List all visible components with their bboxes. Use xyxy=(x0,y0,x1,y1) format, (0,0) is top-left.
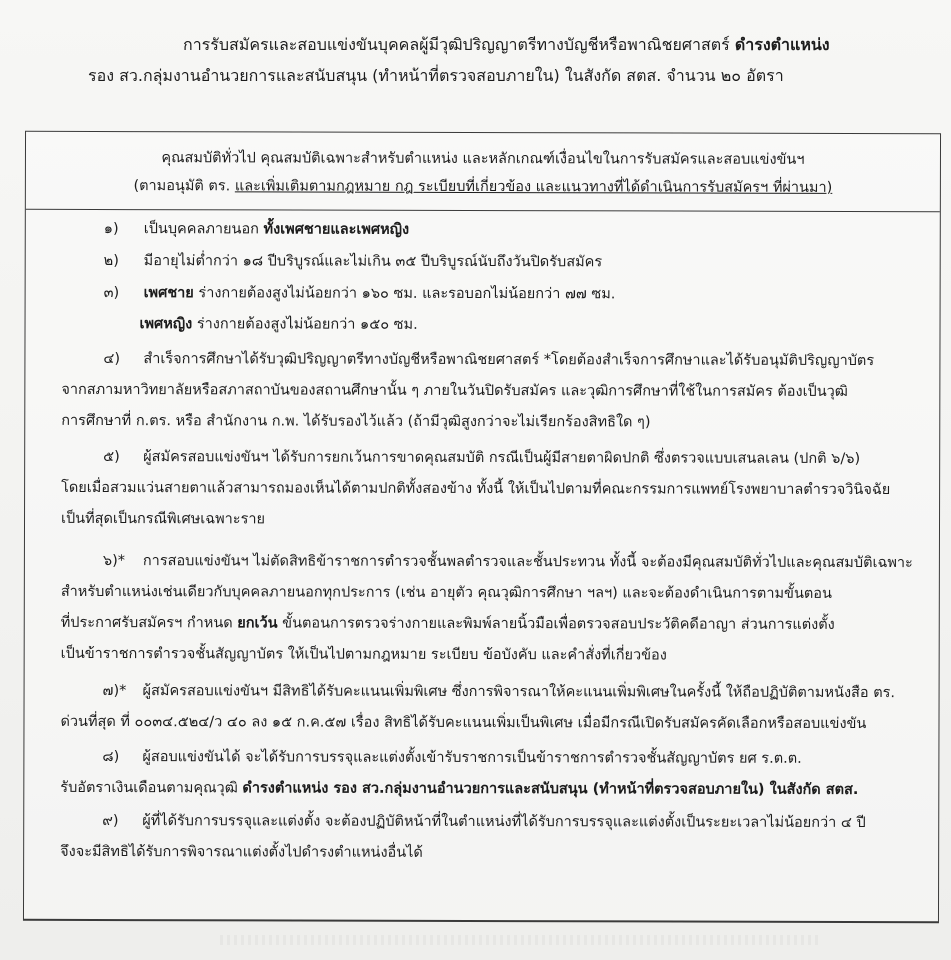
list-item-4: ๔)สำเร็จการศึกษาได้รับวุฒิปริญญาตรีทางบั… xyxy=(61,344,931,439)
list-item-line: ๕)ผู้สมัครสอบแข่งขันฯ ได้รับการยกเว้นการ… xyxy=(61,442,931,475)
list-item-line: เพศหญิง ร่างกายต้องสูงไม่น้อยกว่า ๑๕๐ ซม… xyxy=(61,309,931,342)
list-item-line: ๗)*ผู้สมัครสอบแข่งขันฯ มีสิทธิได้รับคะแน… xyxy=(61,676,931,709)
list-item-line: ๑)เป็นบุคคลภายนอก ทั้งเพศชายและเพศหญิง xyxy=(62,214,932,247)
box-header-line-1: คุณสมบัติทั่วไป คุณสมบัติเฉพาะสำหรับตำแห… xyxy=(26,144,940,174)
list-item-line: ที่ประกาศรับสมัครฯ กำหนด ยกเว้น ขั้นตอนก… xyxy=(61,608,931,641)
item-number: ๑) xyxy=(104,214,144,245)
item-text: ที่ประกาศรับสมัครฯ กำหนด xyxy=(61,615,238,631)
list-item-line: เป็นข้าราชการตำรวจชั้นสัญญาบัตร ให้เป็นไ… xyxy=(61,639,931,672)
item-number: ๔) xyxy=(103,344,143,375)
item-text-bold: ดำรงตำแหน่ง รอง สว.กลุ่มงานอำนวยการและสน… xyxy=(242,780,858,798)
qualifications-list: ๑)เป็นบุคคลภายนอก ทั้งเพศชายและเพศหญิง ๒… xyxy=(62,214,932,216)
list-item-2: ๒)มีอายุไม่ต่ำกว่า ๑๘ ปีบริบูรณ์และไม่เก… xyxy=(62,246,932,279)
list-item-5: ๕)ผู้สมัครสอบแข่งขันฯ ได้รับการยกเว้นการ… xyxy=(61,442,931,537)
bleed-through-text xyxy=(220,935,820,945)
list-item-6: ๖)*การสอบแข่งขันฯ ไม่ตัดสิทธิข้าราชการตำ… xyxy=(61,546,931,672)
list-item-line: ๔)สำเร็จการศึกษาได้รับวุฒิปริญญาตรีทางบั… xyxy=(61,344,931,377)
list-item-line: จึงจะมีสิทธิได้รับการพิจารณาแต่งตั้งไปดำ… xyxy=(60,837,930,870)
list-item-line: รับอัตราเงินเดือนตามคุณวุฒิ ดำรงตำแหน่ง … xyxy=(60,773,930,806)
list-item-8: ๘)ผู้สอบแข่งขันได้ จะได้รับการบรรจุและแต… xyxy=(60,742,930,806)
item-text: ร่างกายต้องสูงไม่น้อยกว่า ๑๕๐ ซม. xyxy=(192,316,418,333)
item-text: สำเร็จการศึกษาได้รับวุฒิปริญญาตรีทางบัญช… xyxy=(143,351,543,368)
item-text-bold: ทั้งเพศชายและเพศหญิง xyxy=(264,221,410,237)
item-number: ๒) xyxy=(104,246,144,277)
list-item-line: การศึกษาที่ ก.ตร. หรือ สำนักงาน ก.พ. ได้… xyxy=(61,406,931,439)
item-number: ๙) xyxy=(102,806,142,837)
list-item-line: ด่วนที่สุด ที่ ๐๐๓๔.๕๒๔/ว ๔๐ ลง ๑๕ ก.ค.๕… xyxy=(60,707,930,740)
heading-line-1: การรับสมัครและสอบแข่งขันบุคคลผู้มีวุฒิปร… xyxy=(183,30,830,60)
item-text: ผู้สมัครสอบแข่งขันฯ มีสิทธิได้รับคะแนนเพ… xyxy=(143,683,896,701)
item-text: ผู้ที่ได้รับการบรรจุและแต่งตั้ง จะต้องปฏ… xyxy=(142,813,866,831)
item-text-bold: ยกเว้น xyxy=(237,615,277,631)
list-item-line: ๘)ผู้สอบแข่งขันได้ จะได้รับการบรรจุและแต… xyxy=(60,742,930,775)
list-item-line: ๓)เพศชาย ร่างกายต้องสูงไม่น้อยกว่า ๑๖๐ ซ… xyxy=(62,278,932,311)
list-item-line: สำหรับตำแหน่งเช่นเดียวกับบุคคลภายนอกทุกป… xyxy=(61,577,931,610)
item-text: เป็นบุคคลภายนอก xyxy=(144,221,264,237)
qualifications-box: คุณสมบัติทั่วไป คุณสมบัติเฉพาะสำหรับตำแห… xyxy=(23,131,941,923)
list-item-7: ๗)*ผู้สมัครสอบแข่งขันฯ มีสิทธิได้รับคะแน… xyxy=(60,676,930,740)
heading-line-2: รอง สว.กลุ่มงานอำนวยการและสนับสนุน (ทำหน… xyxy=(88,61,784,91)
item-text: ผู้สอบแข่งขันได้ จะได้รับการบรรจุและแต่ง… xyxy=(142,749,801,767)
heading-line-1-text: การรับสมัครและสอบแข่งขันบุคคลผู้มีวุฒิปร… xyxy=(183,35,735,54)
item-number: ๖)* xyxy=(103,546,143,577)
item-number: ๘) xyxy=(102,742,142,773)
list-item-line: โดยเมื่อสวมแว่นสายตาแล้วสามารถมองเห็นได้… xyxy=(61,473,931,506)
scanned-document-page: การรับสมัครและสอบแข่งขันบุคคลผู้มีวุฒิปร… xyxy=(0,0,951,960)
item-number: ๕) xyxy=(103,442,143,473)
list-item-3: ๓)เพศชาย ร่างกายต้องสูงไม่น้อยกว่า ๑๖๐ ซ… xyxy=(61,278,931,342)
item-text-bold: เพศชาย xyxy=(144,285,194,301)
heading-line-1-bold: ดำรงตำแหน่ง xyxy=(735,35,830,54)
list-item-line: ๒)มีอายุไม่ต่ำกว่า ๑๘ ปีบริบูรณ์และไม่เก… xyxy=(62,246,932,279)
list-item-line: จากสภามหาวิทยาลัยหรือสภาสถาบันของสถานศึก… xyxy=(61,375,931,408)
item-text-bold: เพศหญิง xyxy=(140,316,193,332)
list-item-line: เป็นที่สุดเป็นกรณีพิเศษเฉพาะราย xyxy=(61,504,931,537)
list-item-1: ๑)เป็นบุคคลภายนอก ทั้งเพศชายและเพศหญิง xyxy=(62,214,932,247)
item-text: รับอัตราเงินเดือนตามคุณวุฒิ xyxy=(60,780,242,796)
item-number: ๓) xyxy=(104,278,144,309)
qualifications-box-header: คุณสมบัติทั่วไป คุณสมบัติเฉพาะสำหรับตำแห… xyxy=(26,132,940,212)
item-text: มีอายุไม่ต่ำกว่า ๑๘ ปีบริบูรณ์และไม่เกิน… xyxy=(144,253,602,270)
item-text: *โดยต้องสำเร็จการศึกษาและได้รับอนุมัติปร… xyxy=(544,352,874,369)
list-item-line: ๙)ผู้ที่ได้รับการบรรจุและแต่งตั้ง จะต้อง… xyxy=(60,806,930,839)
list-item-line: ๖)*การสอบแข่งขันฯ ไม่ตัดสิทธิข้าราชการตำ… xyxy=(61,546,931,579)
item-text: ร่างกายต้องสูงไม่น้อยกว่า ๑๖๐ ซม. และรอบ… xyxy=(194,285,616,302)
item-text: ผู้สมัครสอบแข่งขันฯ ได้รับการยกเว้นการขา… xyxy=(143,449,860,467)
box-header-line-2-underlined: และเพิ่มเติมตามกฎหมาย กฎ ระเบียบที่เกี่ย… xyxy=(235,178,832,196)
box-header-line-2: (ตามอนุมัติ ตร. และเพิ่มเติมตามกฎหมาย กฎ… xyxy=(26,172,940,202)
item-text: การสอบแข่งขันฯ ไม่ตัดสิทธิข้าราชการตำรวจ… xyxy=(143,553,913,571)
item-text: ขั้นตอนการตรวจร่างกายและพิมพ์ลายนิ้วมือเ… xyxy=(278,615,835,632)
list-item-9: ๙)ผู้ที่ได้รับการบรรจุและแต่งตั้ง จะต้อง… xyxy=(60,806,930,870)
box-header-line-2-prefix: (ตามอนุมัติ ตร. xyxy=(133,178,234,194)
item-number: ๗)* xyxy=(103,676,143,707)
